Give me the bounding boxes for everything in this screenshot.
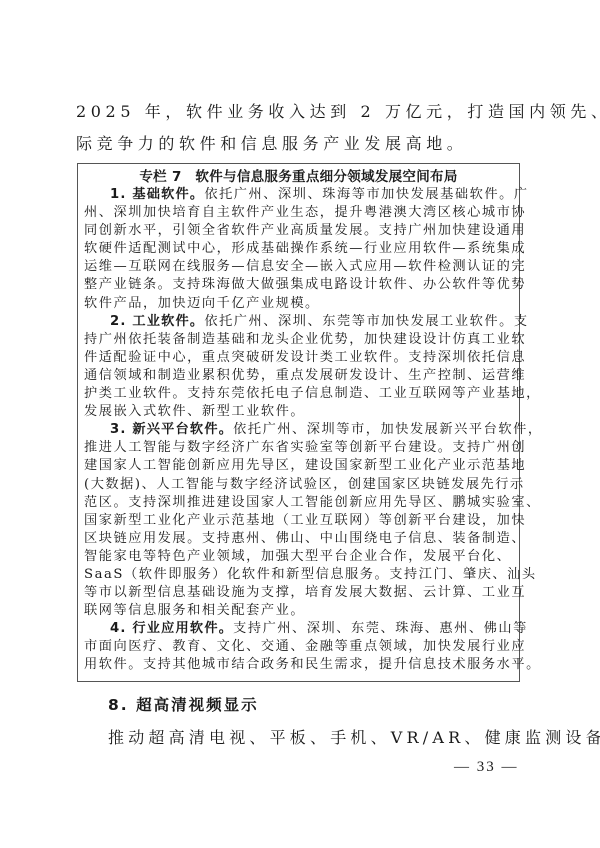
line-text: 市面向医疗、教育、文化、交通、金融等重点领域，加快发展行业应 [84, 639, 526, 654]
intro-paragraph-line: 际竞争力的软件和信息服务产业发展高地。 [76, 128, 526, 160]
item-lead-heading: 1. 基础软件。 [110, 187, 204, 202]
line-text: 依托广州、深圳等市，加快发展新兴平台软件， [233, 422, 543, 437]
column-box-line: 软硬件适配测试中心，形成基础操作系统—行业应用软件—系统集成 [84, 240, 516, 258]
column-box-line: 联网等信息服务和相关配套产业。 [84, 602, 516, 620]
column-box-line: 1. 基础软件。依托广州、深圳、珠海等市加快发展基础软件。广 [84, 186, 516, 204]
column-box-line: 区块链应用发展。支持惠州、佛山、中山围绕电子信息、装备制造、 [84, 530, 516, 548]
column-box-7: 专栏 7 软件与信息服务重点细分领域发展空间布局 1. 基础软件。依托广州、深圳… [77, 163, 520, 682]
line-text: 软硬件适配测试中心，形成基础操作系统—行业应用软件—系统集成 [84, 241, 526, 256]
column-box-line: 智能家电等特色产业领域，加强大型平台企业合作，发展平台化、 [84, 548, 516, 566]
page-number: — 33 — [454, 757, 519, 777]
line-text: 建国家人工智能创新应用先导区，建设国家新型工业化产业示范基地 [84, 458, 526, 473]
column-box-line: 推进人工智能与数字经济广东省实验室等创新平台建设。支持广州创 [84, 439, 516, 457]
column-box-line: 3. 新兴平台软件。依托广州、深圳等市，加快发展新兴平台软件， [84, 421, 516, 439]
column-box-line: 持广州依托装备制造基础和龙头企业优势，加快建设设计仿真工业软 [84, 331, 516, 349]
column-box-line: 整产业链条。支持珠海做大做强集成电路设计软件、办公软件等优势 [84, 276, 516, 294]
column-box-line: 同创新水平，引领全省软件产业高质量发展。支持广州加快建设通用 [84, 222, 516, 240]
line-text: 等市以新型信息基础设施为支撑，培育发展大数据、云计算、工业互 [84, 585, 526, 600]
line-text: 运维—互联网在线服务—信息安全—嵌入式应用—软件检测认证的完 [84, 259, 526, 274]
intro-paragraph-line: 2025 年，软件业务收入达到 2 万亿元，打造国内领先、具有国 [76, 96, 526, 128]
column-box-line: 范区。支持深圳推进建设国家人工智能创新应用先导区、鹏城实验室、 [84, 494, 516, 512]
line-text: 用软件。支持其他城市结合政务和民生需求，提升信息技术服务水平。 [84, 657, 541, 672]
column-box-line: 发展嵌入式软件、新型工业软件。 [84, 403, 516, 421]
section-heading: 8. 超高清视频显示 [108, 693, 259, 717]
line-text: 护类工业软件。支持东莞依托电子信息制造、工业互联网等产业基地， [84, 386, 541, 401]
line-text: 区块链应用发展。支持惠州、佛山、中山围绕电子信息、装备制造、 [84, 531, 526, 546]
line-text: 推进人工智能与数字经济广东省实验室等创新平台建设。支持广州创 [84, 440, 526, 455]
column-box-line: 护类工业软件。支持东莞依托电子信息制造、工业互联网等产业基地， [84, 385, 516, 403]
line-text: 通信领域和制造业累积优势，重点发展研发设计、生产控制、运营维 [84, 368, 526, 383]
line-text: 支持广州、深圳、东莞、珠海、惠州、佛山等 [233, 621, 528, 636]
line-text: 范区。支持深圳推进建设国家人工智能创新应用先导区、鹏城实验室、 [84, 495, 541, 510]
column-box-line: 4. 行业应用软件。支持广州、深圳、东莞、珠海、惠州、佛山等 [84, 620, 516, 638]
line-text: 同创新水平，引领全省软件产业高质量发展。支持广州加快建设通用 [84, 223, 526, 238]
column-box-line: 国家新型工业化产业示范基地（工业互联网）等创新平台建设，加快 [84, 512, 516, 530]
line-text: 依托广州、深圳、东莞等市加快发展工业软件。支 [204, 314, 528, 329]
column-box-body: 1. 基础软件。依托广州、深圳、珠海等市加快发展基础软件。广州、深圳加快培育自主… [84, 186, 516, 675]
line-text: 持广州依托装备制造基础和龙头企业优势，加快建设设计仿真工业软 [84, 332, 526, 347]
column-box-line: 等市以新型信息基础设施为支撑，培育发展大数据、云计算、工业互 [84, 584, 516, 602]
item-lead-heading: 4. 行业应用软件。 [110, 621, 233, 636]
line-text: SaaS（软件即服务）化软件和新型信息服务。支持江门、肇庆、汕头 [84, 567, 537, 582]
section-paragraph: 推动超高清电视、平板、手机、VR/AR、健康监测设备、 [108, 726, 600, 750]
item-lead-heading: 3. 新兴平台软件。 [110, 422, 233, 437]
line-text: 州、深圳加快培育自主软件产业生态，提升粤港澳大湾区核心城市协 [84, 205, 526, 220]
column-box-line: SaaS（软件即服务）化软件和新型信息服务。支持江门、肇庆、汕头 [84, 566, 516, 584]
column-box-line: 2. 工业软件。依托广州、深圳、东莞等市加快发展工业软件。支 [84, 313, 516, 331]
line-text: 发展嵌入式软件、新型工业软件。 [84, 404, 305, 419]
column-box-line: 州、深圳加快培育自主软件产业生态，提升粤港澳大湾区核心城市协 [84, 204, 516, 222]
column-box-line: 用软件。支持其他城市结合政务和民生需求，提升信息技术服务水平。 [84, 656, 516, 674]
column-box-line: 建国家人工智能创新应用先导区，建设国家新型工业化产业示范基地 [84, 457, 516, 475]
column-box-line: 件适配验证中心，重点突破研发设计类工业软件。支持深圳依托信息 [84, 349, 516, 367]
column-box-line: 市面向医疗、教育、文化、交通、金融等重点领域，加快发展行业应 [84, 638, 516, 656]
column-box-title: 专栏 7 软件与信息服务重点细分领域发展空间布局 [78, 168, 519, 186]
column-box-line: (大数据)、人工智能与数字经济试验区，创建国家区块链发展先行示 [84, 476, 516, 494]
column-box-line: 通信领域和制造业累积优势，重点发展研发设计、生产控制、运营维 [84, 367, 516, 385]
line-text: 联网等信息服务和相关配套产业。 [84, 603, 305, 618]
line-text: 依托广州、深圳、珠海等市加快发展基础软件。广 [204, 187, 528, 202]
line-text: 件适配验证中心，重点突破研发设计类工业软件。支持深圳依托信息 [84, 350, 526, 365]
column-box-line: 软件产品，加快迈向千亿产业规模。 [84, 295, 516, 313]
line-text: 国家新型工业化产业示范基地（工业互联网）等创新平台建设，加快 [84, 513, 526, 528]
line-text: (大数据)、人工智能与数字经济试验区，创建国家区块链发展先行示 [84, 477, 525, 492]
line-text: 智能家电等特色产业领域，加强大型平台企业合作，发展平台化、 [84, 549, 511, 564]
line-text: 软件产品，加快迈向千亿产业规模。 [84, 296, 320, 311]
line-text: 整产业链条。支持珠海做大做强集成电路设计软件、办公软件等优势 [84, 277, 526, 292]
column-box-line: 运维—互联网在线服务—信息安全—嵌入式应用—软件检测认证的完 [84, 258, 516, 276]
item-lead-heading: 2. 工业软件。 [110, 314, 204, 329]
